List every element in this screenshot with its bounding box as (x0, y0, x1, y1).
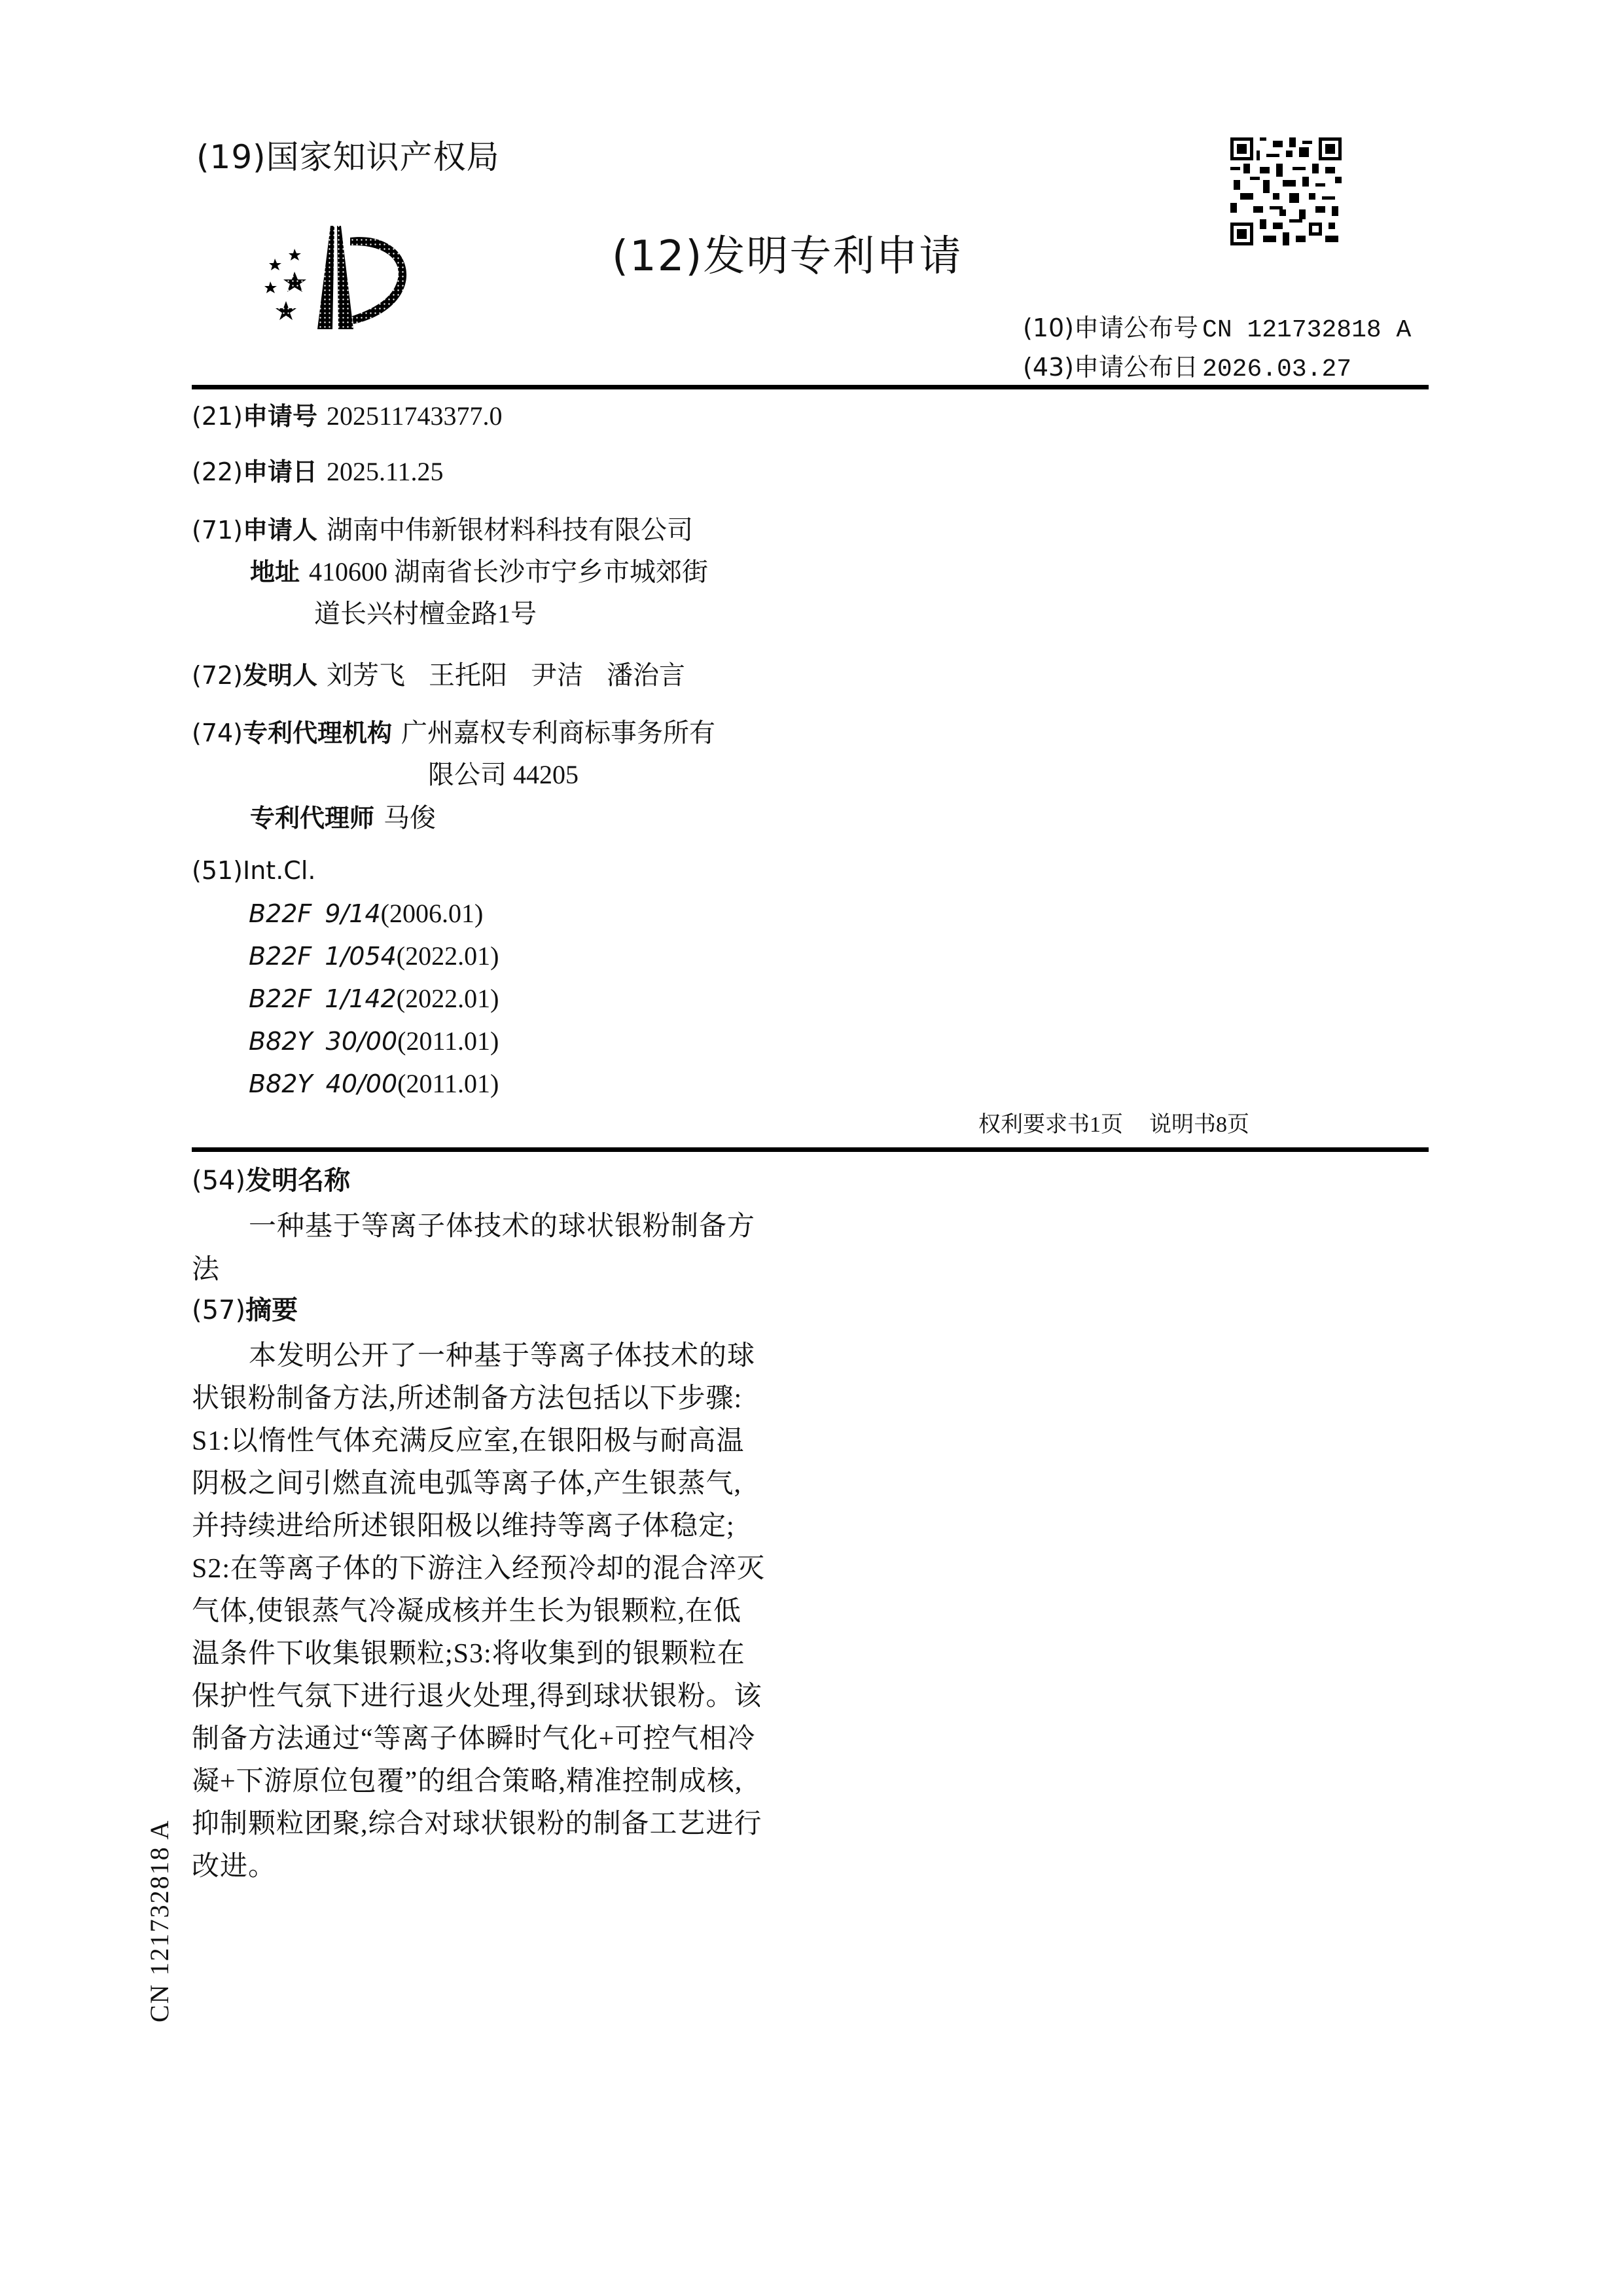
abstract-label: 摘要 (245, 1295, 298, 1325)
abstract-line: 凝+下游原位包覆”的组合策略,精准控制成核, (192, 1759, 742, 1799)
ipc-class: B22F (249, 984, 312, 1013)
applicant-code: (71) (192, 516, 243, 545)
ipc-class: B82Y (249, 1027, 313, 1056)
ipc-code: (51) (192, 856, 243, 885)
ipc-group: 9/14 (325, 899, 380, 928)
ipc-entry: B82Y30/00(2011.01) (249, 1026, 499, 1056)
inventor-name: 尹洁 (531, 660, 583, 690)
abstract-line: 改进。 (192, 1844, 276, 1884)
agency-label: 专利代理机构 (243, 719, 392, 747)
pub-date-code: (43) (1023, 353, 1074, 382)
ipc-version: (2006.01) (381, 899, 484, 928)
ipc-heading: (51)Int.Cl. (192, 856, 315, 886)
pub-date-value: 2026.03.27 (1202, 355, 1351, 384)
app-no-label: 申请号 (243, 402, 317, 431)
divider-top (192, 385, 1429, 389)
address-label: 地址 (250, 558, 300, 586)
application-date: (22)申请日2025.11.25 (192, 452, 444, 488)
pub-no-label: 申请公布号 (1074, 314, 1198, 342)
divider-middle (192, 1147, 1429, 1152)
ipc-version: (2022.01) (397, 984, 499, 1013)
ipc-version: (2011.01) (397, 1026, 499, 1056)
pub-no-value: CN 121732818 A (1202, 316, 1411, 344)
abstract-line: 状银粉制备方法,所述制备方法包括以下步骤: (192, 1376, 742, 1416)
abstract-line: 气体,使银蒸气冷凝成核并生长为银颗粒,在低 (192, 1589, 741, 1628)
ipc-entry: B82Y40/00(2011.01) (249, 1068, 499, 1099)
inventors: (72)发明人刘芳飞王托阳尹洁潘治言 (192, 655, 685, 692)
ipc-class: B82Y (249, 1069, 313, 1098)
publication-number: (10)申请公布号CN 121732818 A (1023, 308, 1411, 344)
ipc-version: (2022.01) (397, 941, 499, 971)
ipc-entry: B22F9/14(2006.01) (249, 898, 483, 929)
abstract-heading: (57)摘要 (192, 1289, 298, 1327)
abstract-line: 保护性气氛下进行退火处理,得到球状银粉。该 (192, 1674, 762, 1713)
ipc-group: 40/00 (326, 1069, 398, 1098)
ipc-entry: B22F1/142(2022.01) (249, 983, 499, 1014)
app-no-code: (21) (192, 402, 243, 431)
ipc-class: B22F (249, 942, 312, 971)
inventor-name: 王托阳 (429, 660, 507, 690)
patent-agency-cont: 限公司 44205 (428, 754, 579, 791)
title-heading: (54)发明名称 (192, 1160, 350, 1197)
application-number: (21)申请号202511743377.0 (192, 396, 503, 432)
agency-line-1: 广州嘉权专利商标事务所有 (401, 718, 715, 747)
inventor-name: 潘治言 (607, 660, 685, 690)
ipc-version: (2011.01) (397, 1069, 499, 1098)
address-line-1: 410600 湖南省长沙市宁乡市城郊街 (309, 557, 708, 586)
doc-type-code: (12) (612, 232, 703, 281)
invention-title-line: 法 (192, 1247, 220, 1287)
doc-type-label: 发明专利申请 (703, 232, 962, 281)
abstract-line: 阴极之间引燃直流电弧等离子体,产生银蒸气, (192, 1462, 741, 1501)
agent-label: 专利代理师 (250, 804, 374, 833)
invention-title-line: 一种基于等离子体技术的球状银粉制备方 (249, 1204, 755, 1244)
agency-code: (74) (192, 719, 243, 747)
abstract-line: S2:在等离子体的下游注入经预冷却的混合淬灭 (192, 1547, 765, 1586)
abstract-line: S1:以惰性气体充满反应室,在银阳极与耐高温 (192, 1419, 745, 1458)
ipc-entry: B22F1/054(2022.01) (249, 941, 499, 971)
app-date-label: 申请日 (243, 457, 317, 486)
ipc-group: 30/00 (326, 1027, 398, 1056)
abstract-line: 温条件下收集银颗粒;S3:将收集到的银颗粒在 (192, 1632, 745, 1671)
claims-page-count: 权利要求书1页 (978, 1113, 1123, 1137)
agent-name: 马俊 (383, 803, 436, 833)
cnipa-logo-icon (259, 219, 422, 344)
applicant-address-cont: 道长兴村檀金路1号 (314, 593, 537, 630)
address-line-2: 道长兴村檀金路1号 (314, 599, 537, 628)
abstract-line: 并持续进给所述银阳极以维持等离子体稳定; (192, 1504, 735, 1543)
patent-agency: (74)专利代理机构广州嘉权专利商标事务所有 (192, 712, 715, 749)
ipc-class: B22F (249, 899, 312, 928)
title-code: (54) (192, 1166, 245, 1196)
publication-date: (43)申请公布日2026.03.27 (1023, 347, 1351, 384)
app-date-value: 2025.11.25 (327, 457, 444, 486)
app-no-value: 202511743377.0 (327, 401, 503, 431)
inventors-label: 发明人 (243, 661, 317, 690)
applicant-address: 地址410600 湖南省长沙市宁乡市城郊街 (250, 551, 708, 588)
patent-agent: 专利代理师马俊 (250, 797, 436, 834)
side-publication-id: CN 121732818 A (144, 1820, 175, 2022)
document-type-heading: (12)发明专利申请 (612, 223, 962, 283)
description-page-count: 说明书8页 (1149, 1113, 1249, 1137)
agency-line-2: 限公司 44205 (428, 760, 579, 789)
applicant-value: 湖南中伟新银材料科技有限公司 (327, 515, 693, 545)
abstract-line: 抑制颗粒团聚,综合对球状银粉的制备工艺进行 (192, 1802, 762, 1841)
inventor-name: 刘芳飞 (327, 660, 405, 690)
applicant-label: 申请人 (243, 516, 317, 545)
inventors-code: (72) (192, 661, 243, 690)
abstract-line: 制备方法通过“等离子体瞬时气化+可控气相冷 (192, 1717, 755, 1756)
page-counts: 权利要求书1页说明书8页 (978, 1106, 1249, 1138)
ipc-group: 1/142 (325, 984, 397, 1013)
pub-no-code: (10) (1023, 314, 1074, 342)
office-name: 国家知识产权局 (266, 138, 500, 176)
abstract-line: 本发明公开了一种基于等离子体技术的球 (249, 1334, 755, 1373)
office-heading: (19)国家知识产权局 (196, 131, 500, 178)
abstract-code: (57) (192, 1295, 245, 1325)
title-label: 发明名称 (245, 1166, 350, 1196)
app-date-code: (22) (192, 457, 243, 486)
ipc-group: 1/054 (325, 942, 397, 971)
qr-code-icon (1230, 137, 1342, 245)
pub-date-label: 申请公布日 (1074, 353, 1198, 382)
applicant: (71)申请人湖南中伟新银材料科技有限公司 (192, 509, 693, 547)
office-code: (19) (196, 138, 266, 176)
ipc-label: Int.Cl. (243, 856, 315, 885)
